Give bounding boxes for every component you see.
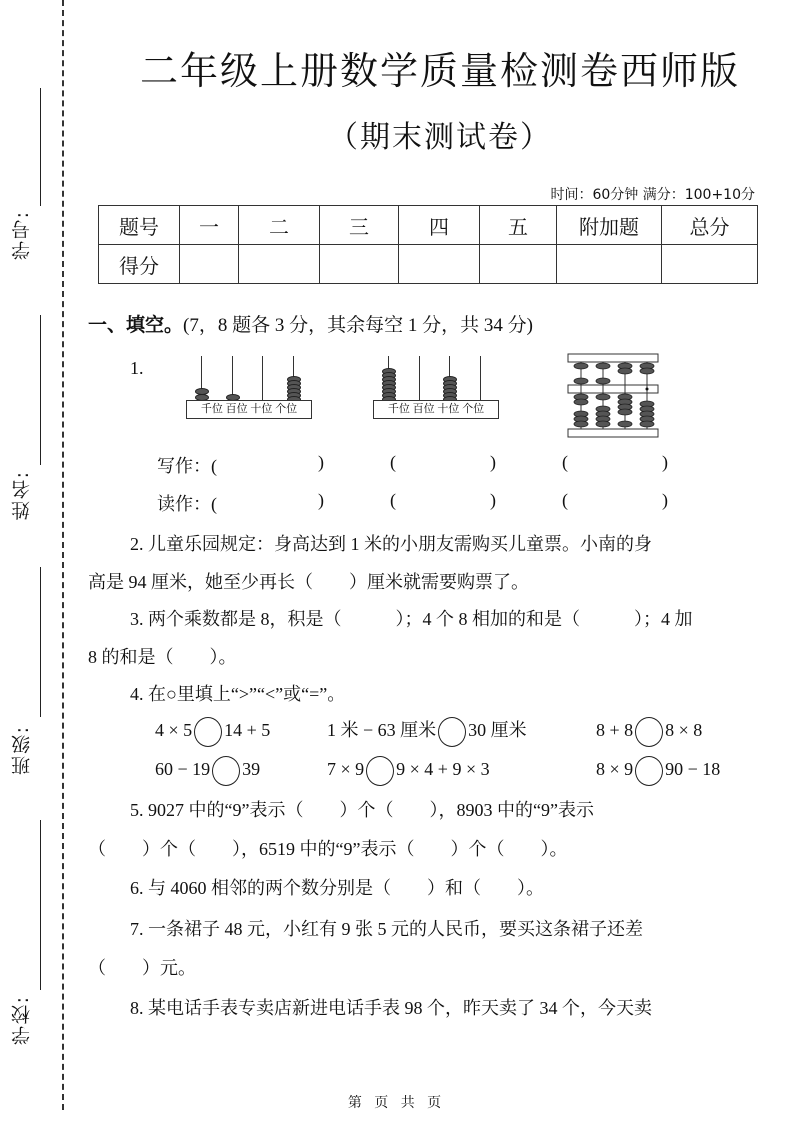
score-cell[interactable] — [180, 245, 239, 284]
score-cell[interactable] — [399, 245, 480, 284]
paren-close: ) — [490, 490, 496, 511]
school-line — [40, 820, 41, 990]
q1-number: 1. — [130, 355, 144, 381]
section-note: (7，8 题各 3 分，其余每空 1 分，共 34 分) — [183, 315, 533, 336]
header-cell: 三 — [320, 206, 399, 245]
expr-right: 8 × 8 — [665, 720, 702, 740]
score-cell[interactable] — [320, 245, 399, 284]
read-label: 读作：( — [157, 490, 217, 516]
answer-blank-open[interactable]: ( — [562, 490, 568, 511]
rod — [480, 356, 481, 401]
paren-close: ) — [490, 452, 496, 473]
q5-line1: 5. 9027 中的“9”表示（ ）个（ ），8903 中的“9”表示 — [130, 797, 594, 823]
q4-row2-item1: 60 − 1939 — [155, 756, 260, 786]
q4-row1-item2: 1 米 − 63 厘米30 厘米 — [327, 717, 527, 747]
q6-line1: 6. 与 4060 相邻的两个数分别是（ ）和（ ）。 — [130, 875, 544, 901]
label-ones: 个位 — [462, 403, 484, 415]
header-cell: 五 — [480, 206, 557, 245]
abacus-1-labels: 千位 百位 十位 个位 — [186, 400, 312, 419]
page-title: 二年级上册数学质量检测卷西师版 — [100, 40, 780, 95]
expr-right: 14 + 5 — [224, 720, 270, 740]
q7-line2: （ ）元。 — [88, 955, 196, 981]
expr-left: 8 × 9 — [596, 759, 633, 779]
page-footer: 第 页 共 页 — [0, 1092, 793, 1112]
q4-row2-item2: 7 × 99 × 4 + 9 × 3 — [327, 756, 490, 786]
score-cell[interactable] — [480, 245, 557, 284]
compare-circle[interactable] — [194, 717, 222, 747]
expr-right: 30 厘米 — [468, 720, 527, 740]
score-cell[interactable] — [662, 245, 758, 284]
q4-row1-item3: 8 + 88 × 8 — [596, 717, 702, 747]
q2-line1: 2. 儿童乐园规定：身高达到 1 米的小朋友需购买儿童票。小南的身 — [130, 531, 652, 557]
q1-write-row: 写作：( ) ( ) ( ) — [0, 452, 793, 478]
label-thousands: 千位 — [388, 403, 410, 415]
expr-right: 9 × 4 + 9 × 3 — [396, 759, 489, 779]
rod — [419, 356, 420, 401]
q3-line1: 3. 两个乘数都是 8，积是（ ）；4 个 8 相加的和是（ ）；4 加 — [130, 606, 693, 632]
paren-close: ) — [318, 490, 324, 511]
class-line — [40, 567, 41, 717]
paren-close: ) — [662, 490, 668, 511]
compare-circle[interactable] — [635, 717, 663, 747]
score-cell[interactable] — [557, 245, 662, 284]
q5-line2: （ ）个（ ），6519 中的“9”表示（ ）个（ ）。 — [88, 836, 567, 862]
write-label: 写作：( — [157, 452, 217, 478]
abacus-2-labels: 千位 百位 十位 个位 — [373, 400, 499, 419]
label-tens: 十位 — [437, 403, 459, 415]
expr-right: 90 − 18 — [665, 759, 720, 779]
score-cell[interactable] — [239, 245, 320, 284]
q4-row2-item3: 8 × 990 − 18 — [596, 756, 720, 786]
expr-right: 39 — [242, 759, 260, 779]
section-title: 一、填空。 — [88, 314, 183, 336]
q2-line2: 高是 94 厘米，她至少再长（ ）厘米就需要购票了。 — [88, 569, 529, 595]
score-table: 题号 一 二 三 四 五 附加题 总分 得分 — [98, 205, 758, 284]
header-cell: 总分 — [662, 206, 758, 245]
q7-line1: 7. 一条裙子 48 元，小红有 9 张 5 元的人民币，要买这条裙子还差 — [130, 916, 643, 942]
score-table-score-row: 得分 — [99, 245, 758, 284]
header-cell: 附加题 — [557, 206, 662, 245]
q4-prompt: 4. 在○里填上“>”“<”或“=”。 — [130, 681, 345, 707]
exam-meta: 时间：60分钟 满分：100+10分 — [550, 184, 755, 204]
expr-left: 7 × 9 — [327, 759, 364, 779]
student-id-line — [40, 88, 41, 206]
rod — [262, 356, 263, 401]
compare-circle[interactable] — [635, 756, 663, 786]
header-cell: 二 — [239, 206, 320, 245]
answer-blank-open[interactable]: ( — [562, 452, 568, 473]
q1-read-row: 读作：( ) ( ) ( ) — [0, 490, 793, 516]
section-heading: 一、填空。(7，8 题各 3 分，其余每空 1 分，共 34 分) — [88, 310, 533, 337]
header-cell: 四 — [399, 206, 480, 245]
header-cell: 一 — [180, 206, 239, 245]
page-subtitle: （期末测试卷） — [100, 112, 780, 156]
label-thousands: 千位 — [201, 403, 223, 415]
name-line — [40, 315, 41, 465]
compare-circle[interactable] — [438, 717, 466, 747]
q8-line1: 8. 某电话手表专卖店新进电话手表 98 个，昨天卖了 34 个，今天卖 — [130, 995, 652, 1021]
expr-left: 8 + 8 — [596, 720, 633, 740]
answer-blank-open[interactable]: ( — [390, 490, 396, 511]
binding-dashed-line — [62, 0, 64, 1110]
paren-close: ) — [662, 452, 668, 473]
paren-close: ) — [318, 452, 324, 473]
score-row-label: 得分 — [99, 245, 180, 284]
q3-line2: 8 的和是（ ）。 — [88, 644, 237, 670]
compare-circle[interactable] — [366, 756, 394, 786]
frame-abacus-illustration — [565, 352, 665, 442]
label-hundreds: 百位 — [226, 403, 248, 415]
label-hundreds: 百位 — [413, 403, 435, 415]
q4-row1-item1: 4 × 514 + 5 — [155, 717, 270, 747]
expr-left: 1 米 − 63 厘米 — [327, 720, 436, 740]
expr-left: 60 − 19 — [155, 759, 210, 779]
student-id-label: 学号: — [8, 210, 48, 260]
answer-blank-open[interactable]: ( — [390, 452, 396, 473]
header-cell: 题号 — [99, 206, 180, 245]
compare-circle[interactable] — [212, 756, 240, 786]
score-table-header-row: 题号 一 二 三 四 五 附加题 总分 — [99, 206, 758, 245]
label-tens: 十位 — [250, 403, 272, 415]
school-label: 学校: — [8, 995, 48, 1045]
class-label: 班级: — [8, 725, 48, 775]
label-ones: 个位 — [275, 403, 297, 415]
expr-left: 4 × 5 — [155, 720, 192, 740]
